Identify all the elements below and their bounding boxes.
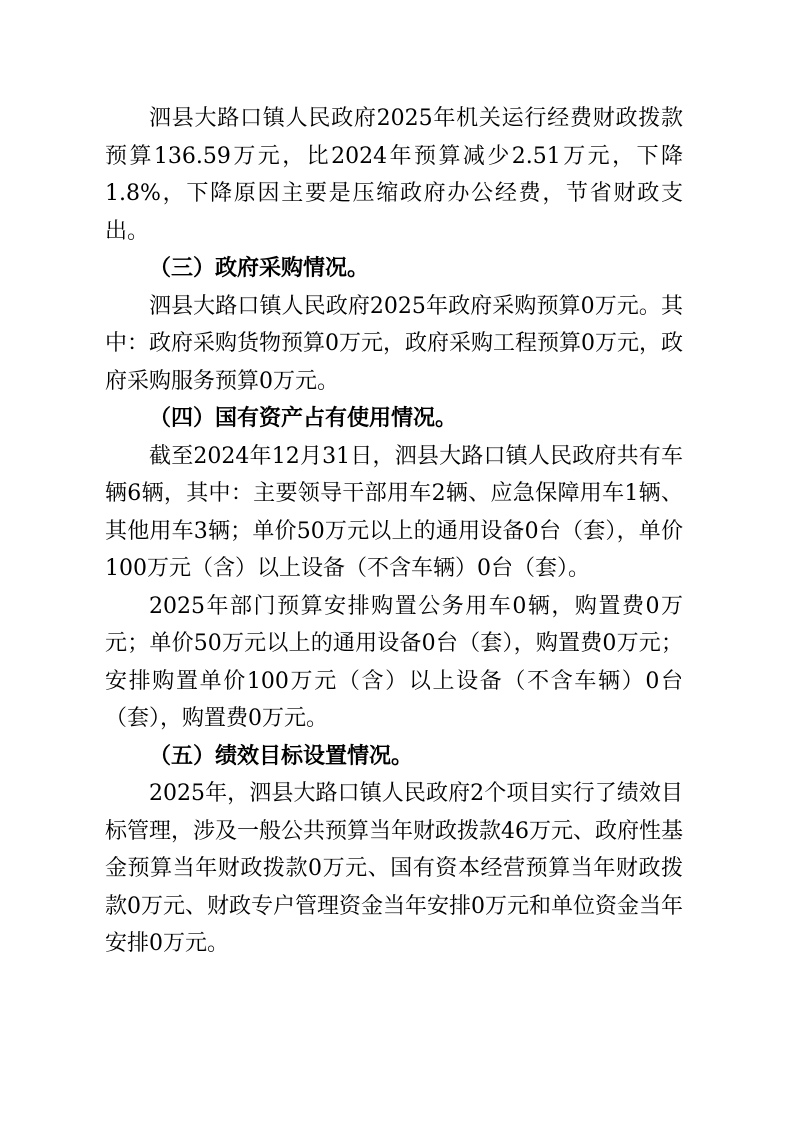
heading-section-5-performance-targets: （五）绩效目标设置情况。 — [105, 738, 683, 776]
heading-section-4-state-owned-assets: （四）国有资产占有使用情况。 — [105, 400, 683, 438]
document-content: 泗县大路口镇人民政府2025年机关运行经费财政拨款预算136.59万元，比202… — [105, 100, 683, 963]
document-page: 泗县大路口镇人民政府2025年机关运行经费财政拨款预算136.59万元，比202… — [0, 0, 793, 1122]
paragraph-procurement-budget: 泗县大路口镇人民政府2025年政府采购预算0万元。其中：政府采购货物预算0万元，… — [105, 288, 683, 401]
paragraph-operating-expense-budget: 泗县大路口镇人民政府2025年机关运行经费财政拨款预算136.59万元，比202… — [105, 100, 683, 250]
paragraph-2025-purchase-plan: 2025年部门预算安排购置公务用车0辆，购置费0万元；单价50万元以上的通用设备… — [105, 588, 683, 738]
paragraph-performance-target-management: 2025年，泗县大路口镇人民政府2个项目实行了绩效目标管理，涉及一般公共预算当年… — [105, 775, 683, 963]
paragraph-asset-holdings: 截至2024年12月31日，泗县大路口镇人民政府共有车辆6辆，其中：主要领导干部… — [105, 438, 683, 588]
heading-section-3-government-procurement: （三）政府采购情况。 — [105, 250, 683, 288]
